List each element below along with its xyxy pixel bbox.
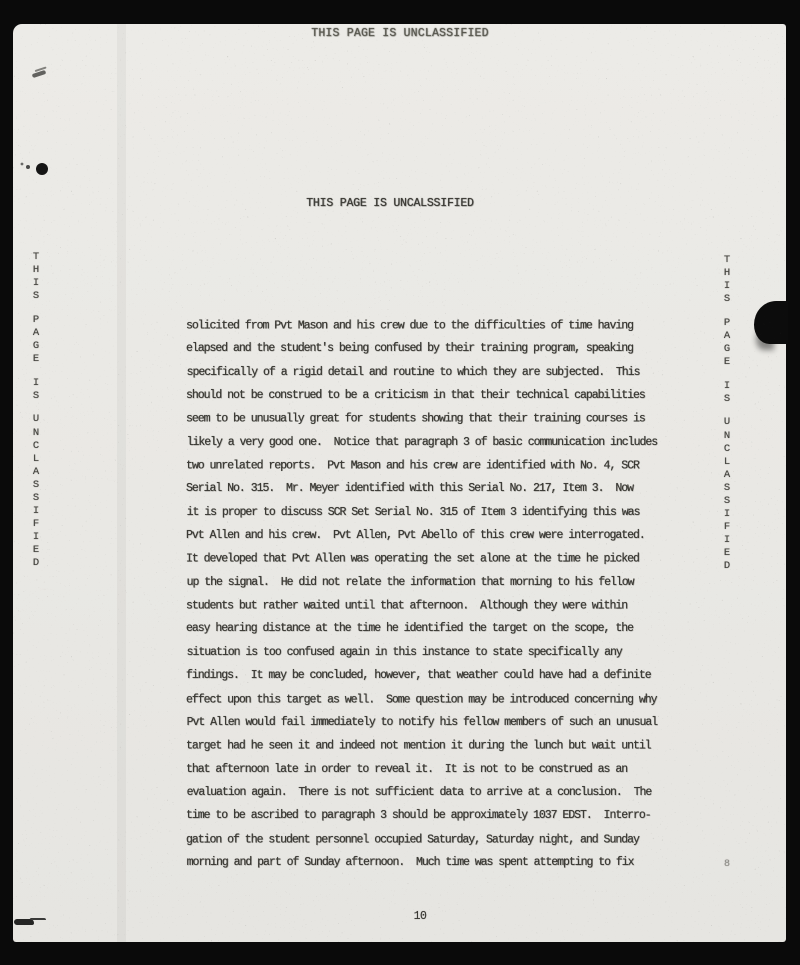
body-line: up the signal. He did not relate the inf… [187, 571, 657, 594]
body-line: solicited from Pvt Mason and his crew du… [186, 314, 657, 337]
margin-letter: D [720, 560, 734, 573]
body-line: should not be construed to be a criticis… [186, 384, 657, 407]
ink-blob-right-edge [754, 301, 788, 344]
body-line: seem to be unusually great for students … [186, 408, 657, 431]
margin-letter: E [720, 547, 734, 560]
margin-letter: E [29, 353, 43, 366]
margin-letter: G [720, 343, 734, 356]
body-line: gation of the student personnel occupied… [186, 828, 657, 851]
margin-letter: A [29, 327, 43, 340]
body-line: that afternoon late in order to reveal i… [186, 758, 657, 781]
margin-letter: A [29, 466, 43, 479]
margin-letter: S [720, 393, 734, 406]
left-margin-classification: THISPAGEISUNCLASSIFIED [29, 251, 43, 571]
margin-word-gap [29, 403, 43, 414]
margin-letter: I [29, 505, 43, 518]
margin-letter: A [720, 330, 734, 343]
body-line: evaluation again. There is not sufficien… [187, 781, 657, 804]
margin-letter: L [720, 456, 734, 469]
margin-word-gap [29, 366, 43, 377]
margin-letter: U [720, 416, 734, 429]
margin-letter: H [720, 267, 734, 280]
body-line: time to be ascribed to paragraph 3 shoul… [186, 804, 657, 827]
margin-letter: S [29, 290, 43, 303]
margin-letter: G [29, 340, 43, 353]
margin-letter: L [29, 453, 43, 466]
scanner-border-right [786, 0, 800, 965]
body-line: effect upon this target as well. Some qu… [186, 688, 657, 711]
ink-dot-mark [36, 163, 48, 175]
margin-letter: C [720, 443, 734, 456]
margin-letter: E [29, 544, 43, 557]
page-number: 10 [370, 910, 470, 923]
scan-artifact-band [117, 24, 126, 942]
body-line: findings. It may be concluded, however, … [186, 664, 657, 687]
margin-letter: A [720, 469, 734, 482]
body-line: It developed that Pvt Allen was operatin… [186, 548, 657, 571]
margin-letter: C [29, 440, 43, 453]
margin-letter: F [720, 521, 734, 534]
margin-letter: I [29, 277, 43, 290]
scanner-border-left [0, 0, 13, 965]
margin-letter: S [29, 479, 43, 492]
margin-letter: S [720, 495, 734, 508]
margin-letter: I [720, 280, 734, 293]
margin-word-gap [720, 306, 734, 317]
body-text: solicited from Pvt Mason and his crew du… [186, 314, 657, 874]
ink-mark-bottom-left [14, 919, 34, 925]
body-line: likely a very good one. Notice that para… [187, 431, 657, 454]
body-line: situation is too confused again in this … [187, 641, 657, 664]
margin-letter: T [720, 254, 734, 267]
body-line: Pvt Allen and his crew. Pvt Allen, Pvt A… [186, 524, 657, 547]
margin-letter: N [29, 427, 43, 440]
margin-letter: U [29, 413, 43, 426]
margin-letter: T [29, 251, 43, 264]
margin-letter: S [29, 390, 43, 403]
right-margin-classification: THISPAGEISUNCLASSIFIED [720, 254, 734, 574]
margin-letter: I [29, 531, 43, 544]
body-line: it is proper to discuss SCR Set Serial N… [187, 501, 657, 524]
faint-margin-mark: 8 [724, 859, 730, 870]
body-line: Pvt Allen would fail immediately to noti… [187, 711, 657, 734]
body-line: Serial No. 315. Mr. Meyer identified wit… [186, 477, 657, 500]
body-line: students but rather waited until that af… [186, 595, 657, 618]
margin-word-gap [720, 406, 734, 417]
body-line: two unrelated reports. Pvt Mason and his… [186, 454, 657, 477]
scanner-border-bottom [0, 942, 800, 965]
margin-word-gap [29, 303, 43, 314]
margin-letter: I [720, 380, 734, 393]
margin-letter: I [29, 377, 43, 390]
margin-letter: I [720, 508, 734, 521]
margin-letter: P [29, 314, 43, 327]
body-line: morning and part of Sunday afternoon. Mu… [187, 851, 657, 874]
margin-letter: F [29, 518, 43, 531]
body-line: target had he seen it and indeed not men… [186, 735, 657, 758]
body-line: elapsed and the student's being confused… [186, 337, 657, 360]
margin-letter: S [720, 482, 734, 495]
body-line: easy hearing distance at the time he ide… [186, 617, 657, 640]
margin-letter: N [720, 430, 734, 443]
body-line: specifically of a rigid detail and routi… [187, 361, 657, 384]
top-classification-banner: THIS PAGE IS UNCLASSIFIED [0, 27, 800, 40]
margin-word-gap [720, 369, 734, 380]
margin-letter: I [720, 534, 734, 547]
margin-letter: E [720, 356, 734, 369]
margin-letter: S [29, 492, 43, 505]
scanner-border-top [0, 0, 800, 24]
classification-heading: THIS PAGE IS UNCALSSIFIED [185, 197, 595, 210]
margin-letter: S [720, 293, 734, 306]
margin-letter: D [29, 557, 43, 570]
margin-letter: H [29, 264, 43, 277]
margin-letter: P [720, 317, 734, 330]
